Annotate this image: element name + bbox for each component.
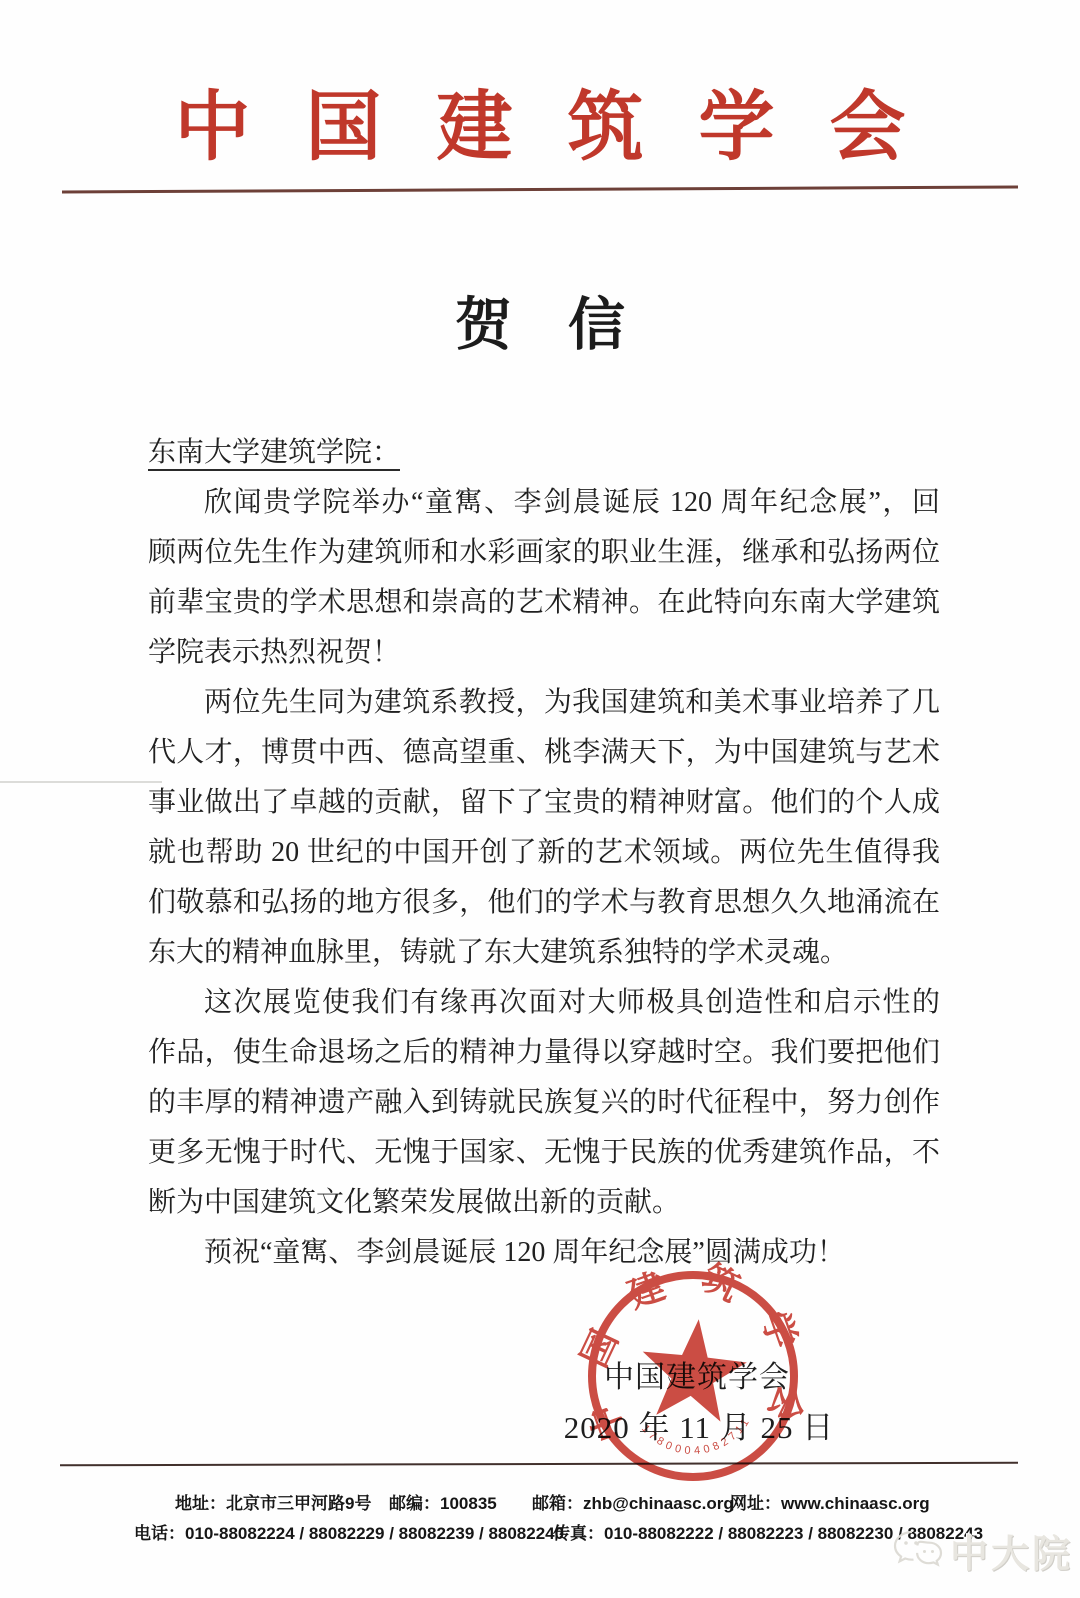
body-line: 更多无愧于时代、无愧于国家、无愧于民族的优秀建筑作品，不 — [148, 1128, 940, 1178]
body-line: 预祝“童寯、李剑晨诞辰 120 周年纪念展”圆满成功！ — [148, 1228, 940, 1278]
body-line: 就也帮助 20 世纪的中国开创了新的艺术领域。两位先生值得我 — [148, 828, 940, 878]
body-line: 的丰厚的精神遗产融入到铸就民族复兴的时代征程中，努力创作 — [148, 1078, 940, 1128]
fax-label: 传真： — [553, 1524, 604, 1543]
website-value: www.chinaasc.org — [781, 1494, 930, 1513]
zip-label: 邮编： — [389, 1494, 440, 1513]
body-line: 这次展览使我们有缘再次面对大师极具创造性和启示性的 — [148, 978, 940, 1028]
body-line: 代人才，博贯中西、德高望重、桃李满天下，为中国建筑与艺术 — [148, 728, 940, 778]
zip-value: 100835 — [440, 1494, 497, 1513]
body-line: 学院表示热烈祝贺！ — [148, 628, 940, 678]
salutation-text: 东南大学建筑学院： — [148, 437, 400, 471]
letterhead-org-name: 中国建筑学会 — [0, 90, 1080, 166]
watermark-text: 中大院 — [950, 1523, 1073, 1578]
phone-value: 010-88082224 / 88082229 / 88082239 / 880… — [185, 1524, 564, 1543]
svg-text:1780004082711: 1780004082711 — [639, 1414, 754, 1457]
official-seal-stamp: 中国建筑学会 1780004082711 — [577, 1256, 809, 1496]
body-line: 断为中国建筑文化繁荣发展做出新的贡献。 — [148, 1178, 940, 1228]
body-line: 作品，使生命退场之后的精神力量得以穿越时空。我们要把他们 — [148, 1028, 940, 1078]
phone-label: 电话： — [134, 1524, 185, 1543]
footer-phone: 电话：010-88082224 / 88082229 / 88082239 / … — [134, 1519, 564, 1544]
footer-rule — [60, 1462, 1018, 1467]
body-line: 前辈宝贵的学术思想和崇高的艺术精神。在此特向东南大学建筑 — [148, 578, 940, 628]
email-value: zhb@chinaasc.org — [583, 1494, 734, 1513]
body-line: 欣闻贵学院举办“童寯、李剑晨诞辰 120 周年纪念展”，回 — [148, 478, 940, 528]
address-value: 北京市三甲河路9号 — [226, 1494, 371, 1513]
letter-page: 中国建筑学会 贺信 东南大学建筑学院： 欣闻贵学院举办“童寯、李剑晨诞辰 120… — [0, 0, 1080, 1598]
watermark: 中大院 — [893, 1523, 1073, 1578]
body-line: 东大的精神血脉里，铸就了东大建筑系独特的学术灵魂。 — [148, 928, 940, 978]
body-line: 两位先生同为建筑系教授，为我国建筑和美术事业培养了几 — [148, 678, 940, 728]
body-line: 们敬慕和弘扬的地方很多，他们的学术与教育思想久久地涌流在 — [148, 878, 940, 928]
letter-title: 贺信 — [0, 297, 1080, 354]
seal-star-icon — [636, 1314, 750, 1424]
body-line: 事业做出了卓越的贡献，留下了宝贵的精神财富。他们的个人成 — [148, 778, 940, 828]
scan-artifact-line — [0, 781, 162, 783]
address-label: 地址： — [175, 1494, 226, 1513]
email-label: 邮箱： — [532, 1494, 583, 1513]
wechat-icon — [893, 1529, 943, 1573]
letterhead-rule — [62, 185, 1018, 193]
website-label: 网址： — [730, 1494, 781, 1513]
body-line: 顾两位先生作为建筑师和水彩画家的职业生涯，继承和弘扬两位 — [148, 528, 940, 578]
footer-address: 地址：北京市三甲河路9号 — [175, 1489, 371, 1514]
seal-code-digits: 1780004082711 — [639, 1414, 754, 1457]
letter-body: 东南大学建筑学院： 欣闻贵学院举办“童寯、李剑晨诞辰 120 周年纪念展”，回 … — [148, 428, 940, 1278]
footer-zip: 邮编：100835 — [389, 1489, 497, 1514]
salutation-line: 东南大学建筑学院： — [148, 428, 940, 478]
